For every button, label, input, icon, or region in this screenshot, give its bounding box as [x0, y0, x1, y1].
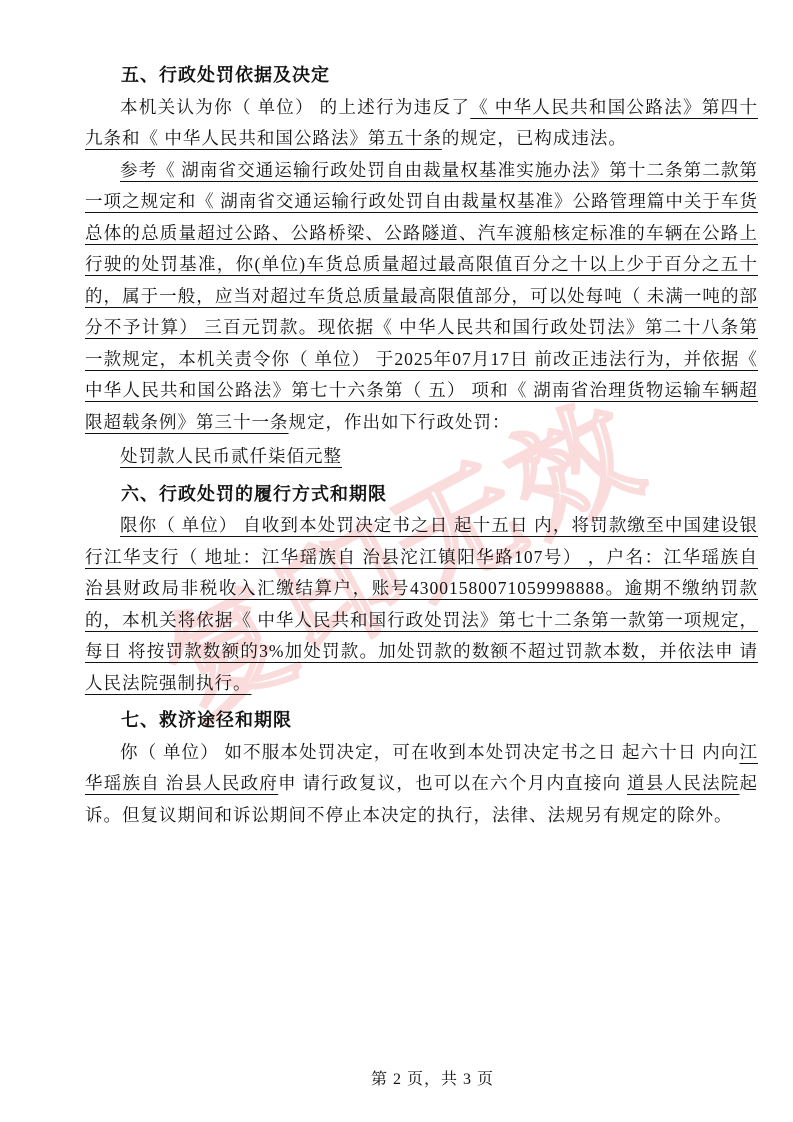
- text-run: 你（ 单位） 如不服本处罚决定，可在收到本处罚决定书之日 起六十日 内向: [120, 742, 740, 762]
- text-run: 规定，作出如下行政处罚：: [289, 412, 511, 432]
- text-run: 本机关认为你（ 单位） 的上述行为违反了: [120, 97, 470, 117]
- underlined-text-run: 道县人民法院: [627, 773, 740, 793]
- paragraph: 本机关认为你（ 单位） 的上述行为违反了《 中华人民共和国公路法》第四十九条和《…: [85, 92, 758, 155]
- document-content: 五、行政处罚依据及决定本机关认为你（ 单位） 的上述行为违反了《 中华人民共和国…: [85, 54, 758, 831]
- underlined-text-run: 限你（ 单位） 自收到本处罚决定书之日 起十五日 内，将罚款缴至中国建设银行江华…: [85, 515, 758, 693]
- text-run: 的规定，已构成违法。: [442, 128, 627, 148]
- paragraph: 参考《 湖南省交通运输行政处罚自由裁量权基准实施办法》第十二条第二款第一项之规定…: [85, 155, 758, 439]
- page-number-footer: 第 2 页，共 3 页: [0, 1066, 793, 1089]
- paragraph: 你（ 单位） 如不服本处罚决定，可在收到本处罚决定书之日 起六十日 内向江华瑶族…: [85, 737, 758, 832]
- section-heading: 六、行政处罚的履行方式和期限: [85, 479, 758, 511]
- underlined-text-run: 参考《 湖南省交通运输行政处罚自由裁量权基准实施办法》第十二条第二款第一项之规定…: [85, 160, 758, 432]
- text-run: 五、行政处罚依据及决定: [121, 65, 330, 85]
- text-run: 七、救济途径和期限: [121, 710, 292, 730]
- section-heading: 五、行政处罚依据及决定: [85, 60, 758, 92]
- underlined-text-run: 处罚款人民币贰仟柒佰元整: [120, 446, 342, 466]
- section-heading: 七、救济途径和期限: [85, 705, 758, 737]
- paragraph: 处罚款人民币贰仟柒佰元整: [85, 441, 758, 473]
- paragraph: 限你（ 单位） 自收到本处罚决定书之日 起十五日 内，将罚款缴至中国建设银行江华…: [85, 510, 758, 699]
- document-page: 复印无效 五、行政处罚依据及决定本机关认为你（ 单位） 的上述行为违反了《 中华…: [0, 0, 793, 1122]
- text-run: 申 请行政复议，也可以在六个月内直接向: [278, 773, 627, 793]
- text-run: 六、行政处罚的履行方式和期限: [121, 484, 387, 504]
